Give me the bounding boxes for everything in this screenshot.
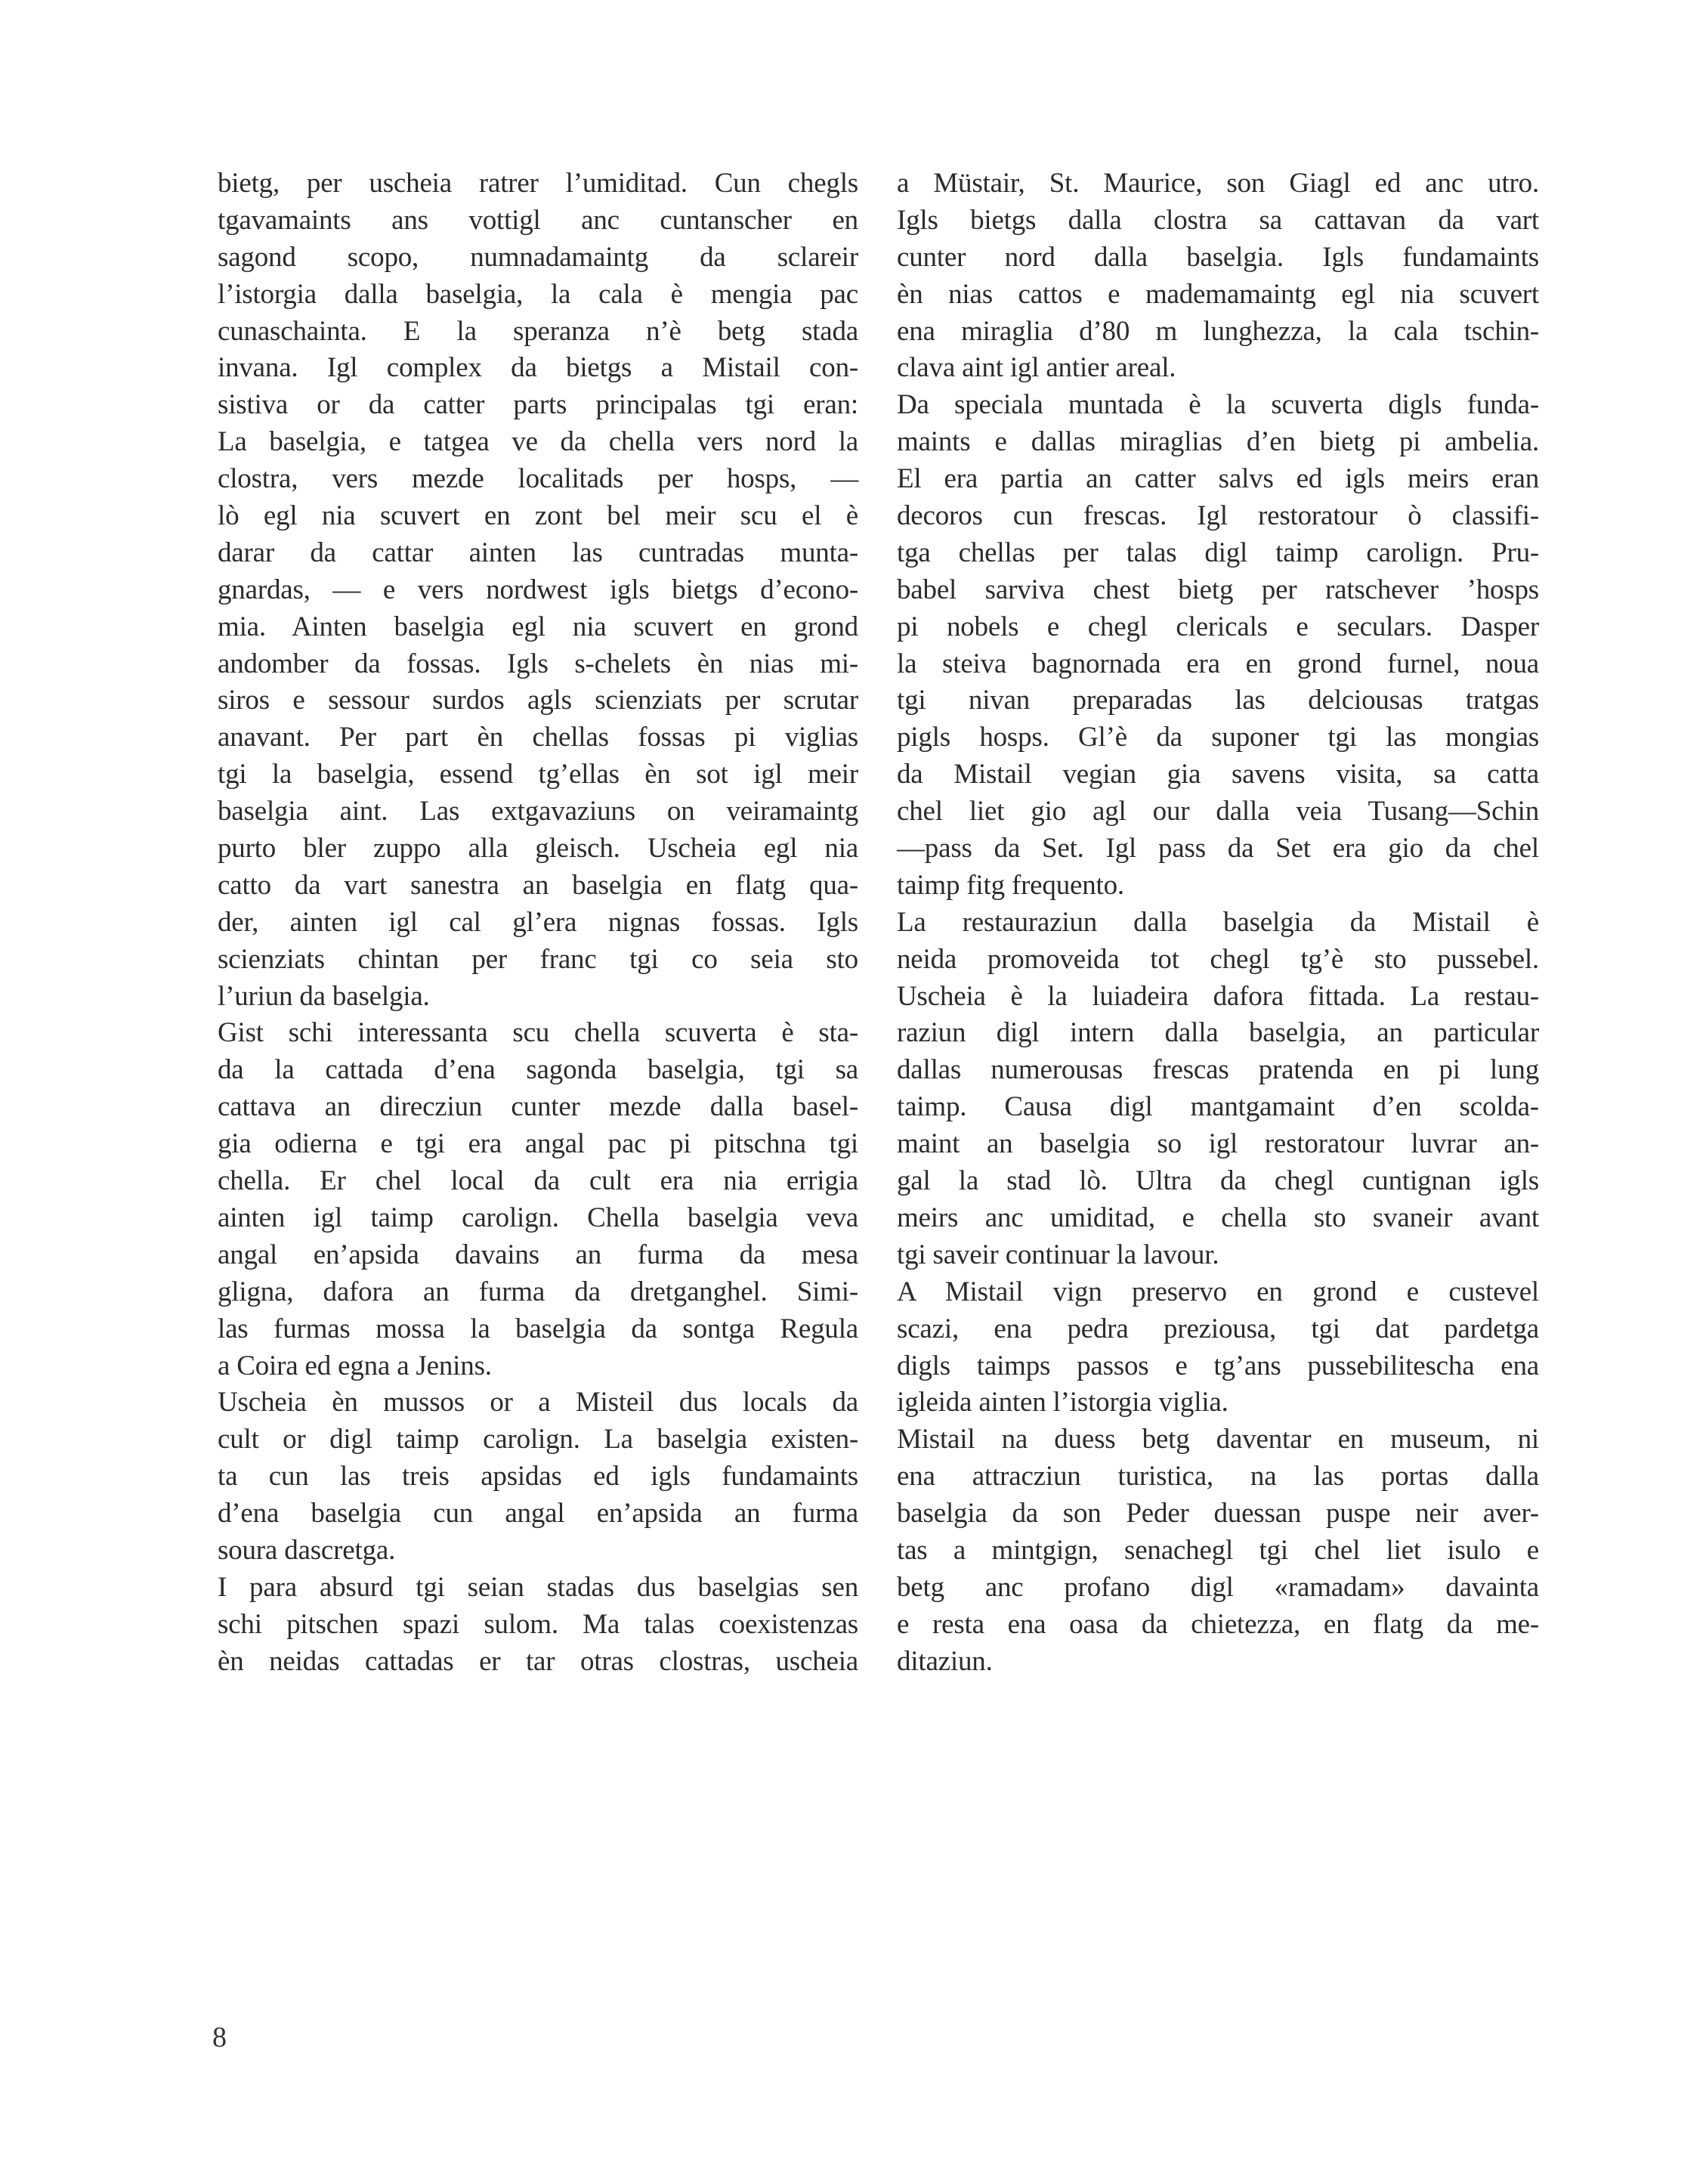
text-line: betg anc profano digl «ramadam» davainta: [897, 1570, 1539, 1607]
text-line: meirs anc umiditad, e chella sto svaneir…: [897, 1200, 1539, 1237]
text-line: l’uriun da baselgia.: [218, 979, 858, 1016]
text-line: cult or digl taimp carolign. La baselgia…: [218, 1421, 858, 1459]
text-line: lò egl nia scuvert en zont bel meir scu …: [218, 498, 858, 535]
text-line: èn neidas cattadas er tar otras clostras…: [218, 1644, 858, 1681]
text-line: decoros cun frescas. Igl restoratour ò c…: [897, 498, 1539, 535]
text-line: Uscheia èn mussos or a Misteil dus local…: [218, 1384, 858, 1421]
text-line: a Müstair, St. Maurice, son Giagl ed anc…: [897, 166, 1539, 203]
page-number: 8: [212, 2022, 227, 2053]
text-line: maints e dallas miraglias d’en bietg pi …: [897, 424, 1539, 461]
text-line: digls taimps passos e tg’ans pussebilite…: [897, 1348, 1539, 1385]
text-line: taimp. Causa digl mantgamaint d’en scold…: [897, 1089, 1539, 1126]
text-line: tgi nivan preparadas las delciousas trat…: [897, 682, 1539, 719]
text-line: A Mistail vign preservo en grond e custe…: [897, 1274, 1539, 1311]
text-line: chel liet gio agl our dalla veia Tusang—…: [897, 793, 1539, 831]
text-line: ena miraglia d’80 m lunghezza, la cala t…: [897, 314, 1539, 351]
text-line: cattava an direcziun cunter mezde dalla …: [218, 1089, 858, 1126]
text-line: La baselgia, e tatgea ve da chella vers …: [218, 424, 858, 461]
text-line: e resta ena oasa da chietezza, en flatg …: [897, 1607, 1539, 1644]
text-line: der, ainten igl cal gl’era nignas fossas…: [218, 905, 858, 942]
text-line: igleida ainten l’istorgia viglia.: [897, 1384, 1539, 1421]
text-line: ena attracziun turistica, na las portas …: [897, 1459, 1539, 1496]
text-line: Mistail na duess betg daventar en museum…: [897, 1421, 1539, 1459]
text-line: clostra, vers mezde localitads per hosps…: [218, 461, 858, 498]
text-line: gia odierna e tgi era angal pac pi pitsc…: [218, 1126, 858, 1163]
text-line: tga chellas per talas digl taimp carolig…: [897, 535, 1539, 572]
text-line: —pass da Set. Igl pass da Set era gio da…: [897, 831, 1539, 868]
text-line: gal la stad lò. Ultra da chegl cuntignan…: [897, 1163, 1539, 1200]
text-line: taimp fitg frequento.: [897, 868, 1539, 905]
text-line: baselgia aint. Las extgavaziuns on veira…: [218, 793, 858, 831]
text-line: gnardas, — e vers nordwest igls bietgs d…: [218, 572, 858, 609]
text-line: invana. Igl complex da bietgs a Mistail …: [218, 350, 858, 387]
text-line: andomber da fossas. Igls s-chelets èn ni…: [218, 646, 858, 683]
text-line: scienziats chintan per franc tgi co seia…: [218, 942, 858, 979]
text-line: scazi, ena pedra preziousa, tgi dat pard…: [897, 1311, 1539, 1348]
text-line: La restauraziun dalla baselgia da Mistai…: [897, 905, 1539, 942]
text-line: chella. Er chel local da cult era nia er…: [218, 1163, 858, 1200]
text-line: tas a mintgign, senachegl tgi chel liet …: [897, 1533, 1539, 1570]
text-line: las furmas mossa la baselgia da sontga R…: [218, 1311, 858, 1348]
text-line: ditaziun.: [897, 1644, 1539, 1681]
text-line: l’istorgia dalla baselgia, la cala è men…: [218, 277, 858, 314]
text-line: bietg, per uscheia ratrer l’umiditad. Cu…: [218, 166, 858, 203]
left-text-column: bietg, per uscheia ratrer l’umiditad. Cu…: [218, 166, 858, 1681]
text-line: angal en’apsida davains an furma da mesa: [218, 1237, 858, 1274]
text-line: babel sarviva chest bietg per ratschever…: [897, 572, 1539, 609]
text-line: schi pitschen spazi sulom. Ma talas coex…: [218, 1607, 858, 1644]
text-line: catto da vart sanestra an baselgia en fl…: [218, 868, 858, 905]
text-line: sistiva or da catter parts principalas t…: [218, 387, 858, 424]
text-line: soura dascretga.: [218, 1533, 858, 1570]
text-line: a Coira ed egna a Jenins.: [218, 1348, 858, 1385]
text-line: ta cun las treis apsidas ed igls fundama…: [218, 1459, 858, 1496]
text-line: tgi saveir continuar la lavour.: [897, 1237, 1539, 1274]
text-line: Da speciala muntada è la scuverta digls …: [897, 387, 1539, 424]
text-line: gligna, dafora an furma da dretganghel. …: [218, 1274, 858, 1311]
text-line: tgi la baselgia, essend tg’ellas èn sot …: [218, 756, 858, 793]
text-line: siros e sessour surdos agls scienziats p…: [218, 682, 858, 719]
text-line: clava aint igl antier areal.: [897, 350, 1539, 387]
text-line: sagond scopo, numnadamaintg da sclareir: [218, 240, 858, 277]
text-line: I para absurd tgi seian stadas dus basel…: [218, 1570, 858, 1607]
text-line: d’ena baselgia cun angal en’apsida an fu…: [218, 1496, 858, 1533]
text-line: la steiva bagnornada era en grond furnel…: [897, 646, 1539, 683]
text-line: baselgia da son Peder duessan puspe neir…: [897, 1496, 1539, 1533]
text-line: mia. Ainten baselgia egl nia scuvert en …: [218, 609, 858, 646]
text-line: da Mistail vegian gia savens visita, sa …: [897, 756, 1539, 793]
text-line: neida promoveida tot chegl tg’è sto puss…: [897, 942, 1539, 979]
text-line: Igls bietgs dalla clostra sa cattavan da…: [897, 203, 1539, 240]
text-line: maint an baselgia so igl restoratour luv…: [897, 1126, 1539, 1163]
text-line: ainten igl taimp carolign. Chella baselg…: [218, 1200, 858, 1237]
text-line: darar da cattar ainten las cuntradas mun…: [218, 535, 858, 572]
text-line: èn nias cattos e mademamaintg egl nia sc…: [897, 277, 1539, 314]
text-line: Gist schi interessanta scu chella scuver…: [218, 1015, 858, 1052]
text-line: Uscheia è la luiadeira dafora fittada. L…: [897, 979, 1539, 1016]
right-text-column: a Müstair, St. Maurice, son Giagl ed anc…: [897, 166, 1539, 1681]
text-line: tgavamaints ans vottigl anc cuntanscher …: [218, 203, 858, 240]
text-line: da la cattada d’ena sagonda baselgia, tg…: [218, 1052, 858, 1089]
text-line: pigls hosps. Gl’è da suponer tgi las mon…: [897, 719, 1539, 756]
text-line: pi nobels e chegl clericals e seculars. …: [897, 609, 1539, 646]
text-line: cunter nord dalla baselgia. Igls fundama…: [897, 240, 1539, 277]
text-line: raziun digl intern dalla baselgia, an pa…: [897, 1015, 1539, 1052]
text-line: anavant. Per part èn chellas fossas pi v…: [218, 719, 858, 756]
text-line: El era partia an catter salvs ed igls me…: [897, 461, 1539, 498]
text-line: purto bler zuppo alla gleisch. Uscheia e…: [218, 831, 858, 868]
text-line: cunaschainta. E la speranza n’è betg sta…: [218, 314, 858, 351]
text-line: dallas numerousas frescas pratenda en pi…: [897, 1052, 1539, 1089]
